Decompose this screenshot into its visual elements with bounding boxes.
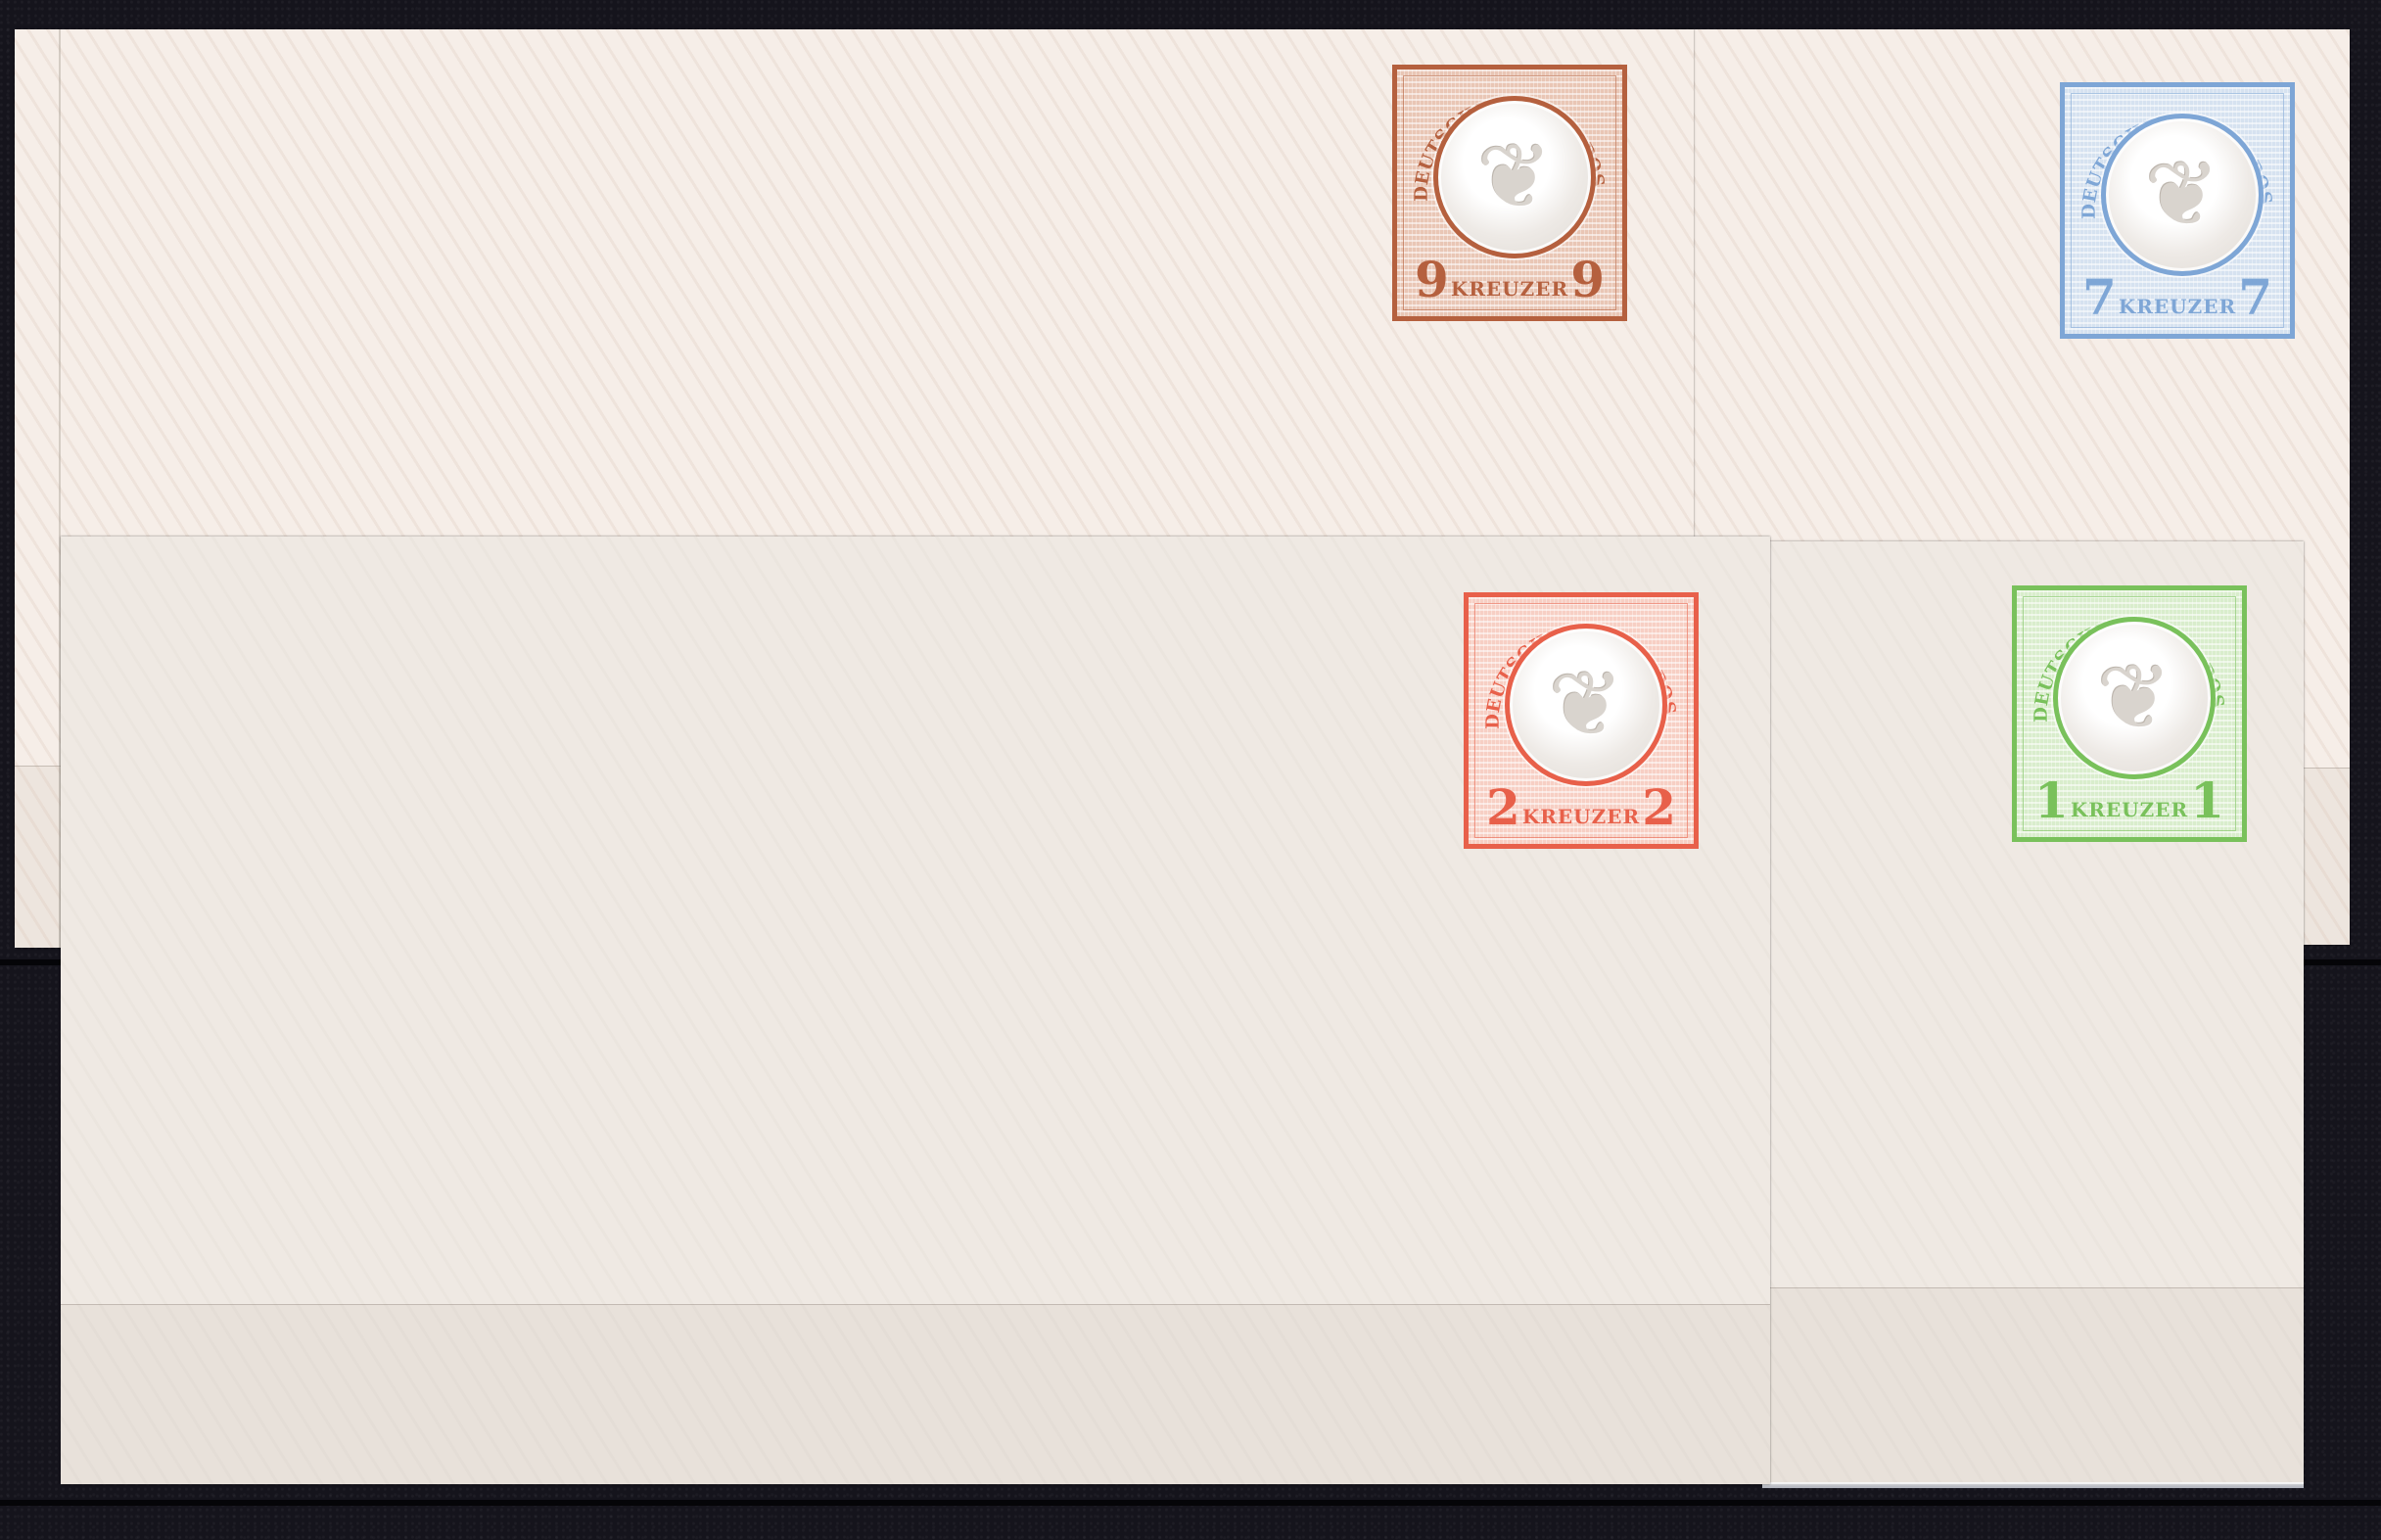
envelope-bottom-right: DEUTSCHE REICHS-POST ❦ 1 KREUZER 1 xyxy=(1723,541,2304,1484)
embossed-eagle-medallion: ❦ xyxy=(2053,617,2216,779)
eagle-icon: ❦ xyxy=(2096,653,2171,743)
envelope-bottom-left: DEUTSCHE REICHS-POST ❦ 2 KREUZER 2 xyxy=(61,537,1770,1484)
embossed-eagle-medallion: ❦ xyxy=(2101,114,2264,276)
stamp-value-right: 2 xyxy=(1642,783,1676,832)
eagle-icon: ❦ xyxy=(1548,660,1623,750)
sleeve-edge-right xyxy=(1762,1482,2304,1488)
stamp-2-kreuzer: DEUTSCHE REICHS-POST ❦ 2 KREUZER 2 xyxy=(1464,592,1699,849)
embossed-eagle-medallion: ❦ xyxy=(1433,96,1596,258)
stamp-9-kreuzer: DEUTSCHE REICHS-POST ❦ 9 KREUZER 9 xyxy=(1392,65,1627,321)
envelope-flap-band xyxy=(61,1304,1770,1484)
stamp-value-right: 7 xyxy=(2238,273,2272,322)
stamp-value-right: 9 xyxy=(1570,256,1605,304)
eagle-icon: ❦ xyxy=(1476,132,1552,222)
stamp-1-kreuzer: DEUTSCHE REICHS-POST ❦ 1 KREUZER 1 xyxy=(2012,585,2247,842)
eagle-icon: ❦ xyxy=(2144,150,2219,240)
album-strip-bottom xyxy=(0,1500,2381,1506)
stamp-7-kreuzer: DEUTSCHE REICHS-POST ❦ 7 KREUZER 7 xyxy=(2060,82,2295,339)
stamp-value-right: 1 xyxy=(2190,776,2224,825)
envelope-flap-band xyxy=(1723,1287,2304,1484)
embossed-eagle-medallion: ❦ xyxy=(1505,624,1667,786)
